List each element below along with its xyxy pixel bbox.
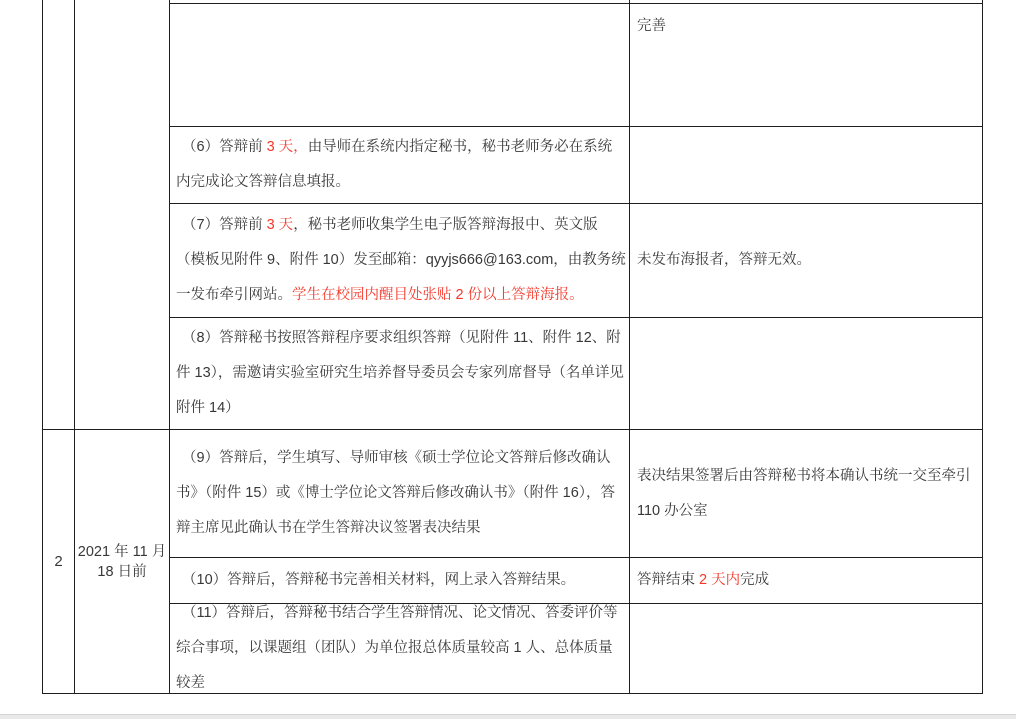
procedure-cell-step-6: （6）答辩前 3 天，由导师在系统内指定秘书，秘书老师务必在系统内完成论文答辩信… bbox=[170, 127, 629, 203]
procedure-text: （7）答辩前 3 天，秘书老师收集学生电子版答辩海报中、英文版（模板见附件 9、… bbox=[176, 208, 626, 313]
procedure-text: （10）答辩后，答辩秘书完善相关材料，网上录入答辩结果。 bbox=[176, 563, 626, 598]
procedure-cell-step-8: （8）答辩秘书按照答辩程序要求组织答辩（见附件 11、附件 12、附件 13），… bbox=[170, 318, 629, 429]
procedure-text: （11）答辩后，答辩秘书结合学生答辩情况、论文情况、答委评价等综合事项，以课题组… bbox=[176, 604, 626, 693]
note-text: 表决结果签署后由答辩秘书将本确认书统一交至牵引 110 办公室 bbox=[637, 459, 978, 529]
procedure-text: （6）答辩前 3 天，由导师在系统内指定秘书，秘书老师务必在系统内完成论文答辩信… bbox=[176, 130, 626, 200]
procedure-cell-step-10: （10）答辩后，答辩秘书完善相关材料，网上录入答辩结果。 bbox=[170, 558, 629, 603]
note-text: 未发布海报者，答辩无效。 bbox=[637, 243, 978, 278]
note-cell-top: 完善 bbox=[630, 4, 982, 126]
note-cell-step-10: 答辩结束 2 天内完成 bbox=[630, 558, 982, 603]
procedure-cell-step-9: （9）答辩后，学生填写、导师审核《硕士学位论文答辩后修改确认书》（附件 15）或… bbox=[170, 430, 629, 557]
deadline-date: 2021 年 11 月 18 日前 bbox=[77, 542, 167, 582]
procedure-text: （8）答辩秘书按照答辩程序要求组织答辩（见附件 11、附件 12、附件 13），… bbox=[176, 321, 626, 426]
serial-number-cell: 2 bbox=[43, 430, 74, 693]
note-text: 完善 bbox=[637, 9, 978, 44]
note-cell-step-7: 未发布海报者，答辩无效。 bbox=[630, 204, 982, 317]
note-cell-step-9: 表决结果签署后由答辩秘书将本确认书统一交至牵引 110 办公室 bbox=[630, 430, 982, 557]
document-page: 完善 （6）答辩前 3 天，由导师在系统内指定秘书，秘书老师务必在系统内完成论文… bbox=[0, 0, 1016, 719]
table-border-right bbox=[982, 0, 983, 694]
deadline-date-cell: 2021 年 11 月 18 日前 bbox=[75, 430, 169, 693]
note-text: 答辩结束 2 天内完成 bbox=[637, 563, 978, 598]
page-bottom-divider bbox=[0, 714, 1016, 719]
table-border-bottom bbox=[42, 693, 983, 694]
procedure-cell-step-7: （7）答辩前 3 天，秘书老师收集学生电子版答辩海报中、英文版（模板见附件 9、… bbox=[170, 204, 629, 317]
procedure-cell-step-11: （11）答辩后，答辩秘书结合学生答辩情况、论文情况、答委评价等综合事项，以课题组… bbox=[170, 604, 629, 693]
serial-number: 2 bbox=[54, 544, 62, 579]
procedure-text: （9）答辩后，学生填写、导师审核《硕士学位论文答辩后修改确认书》（附件 15）或… bbox=[176, 441, 626, 546]
